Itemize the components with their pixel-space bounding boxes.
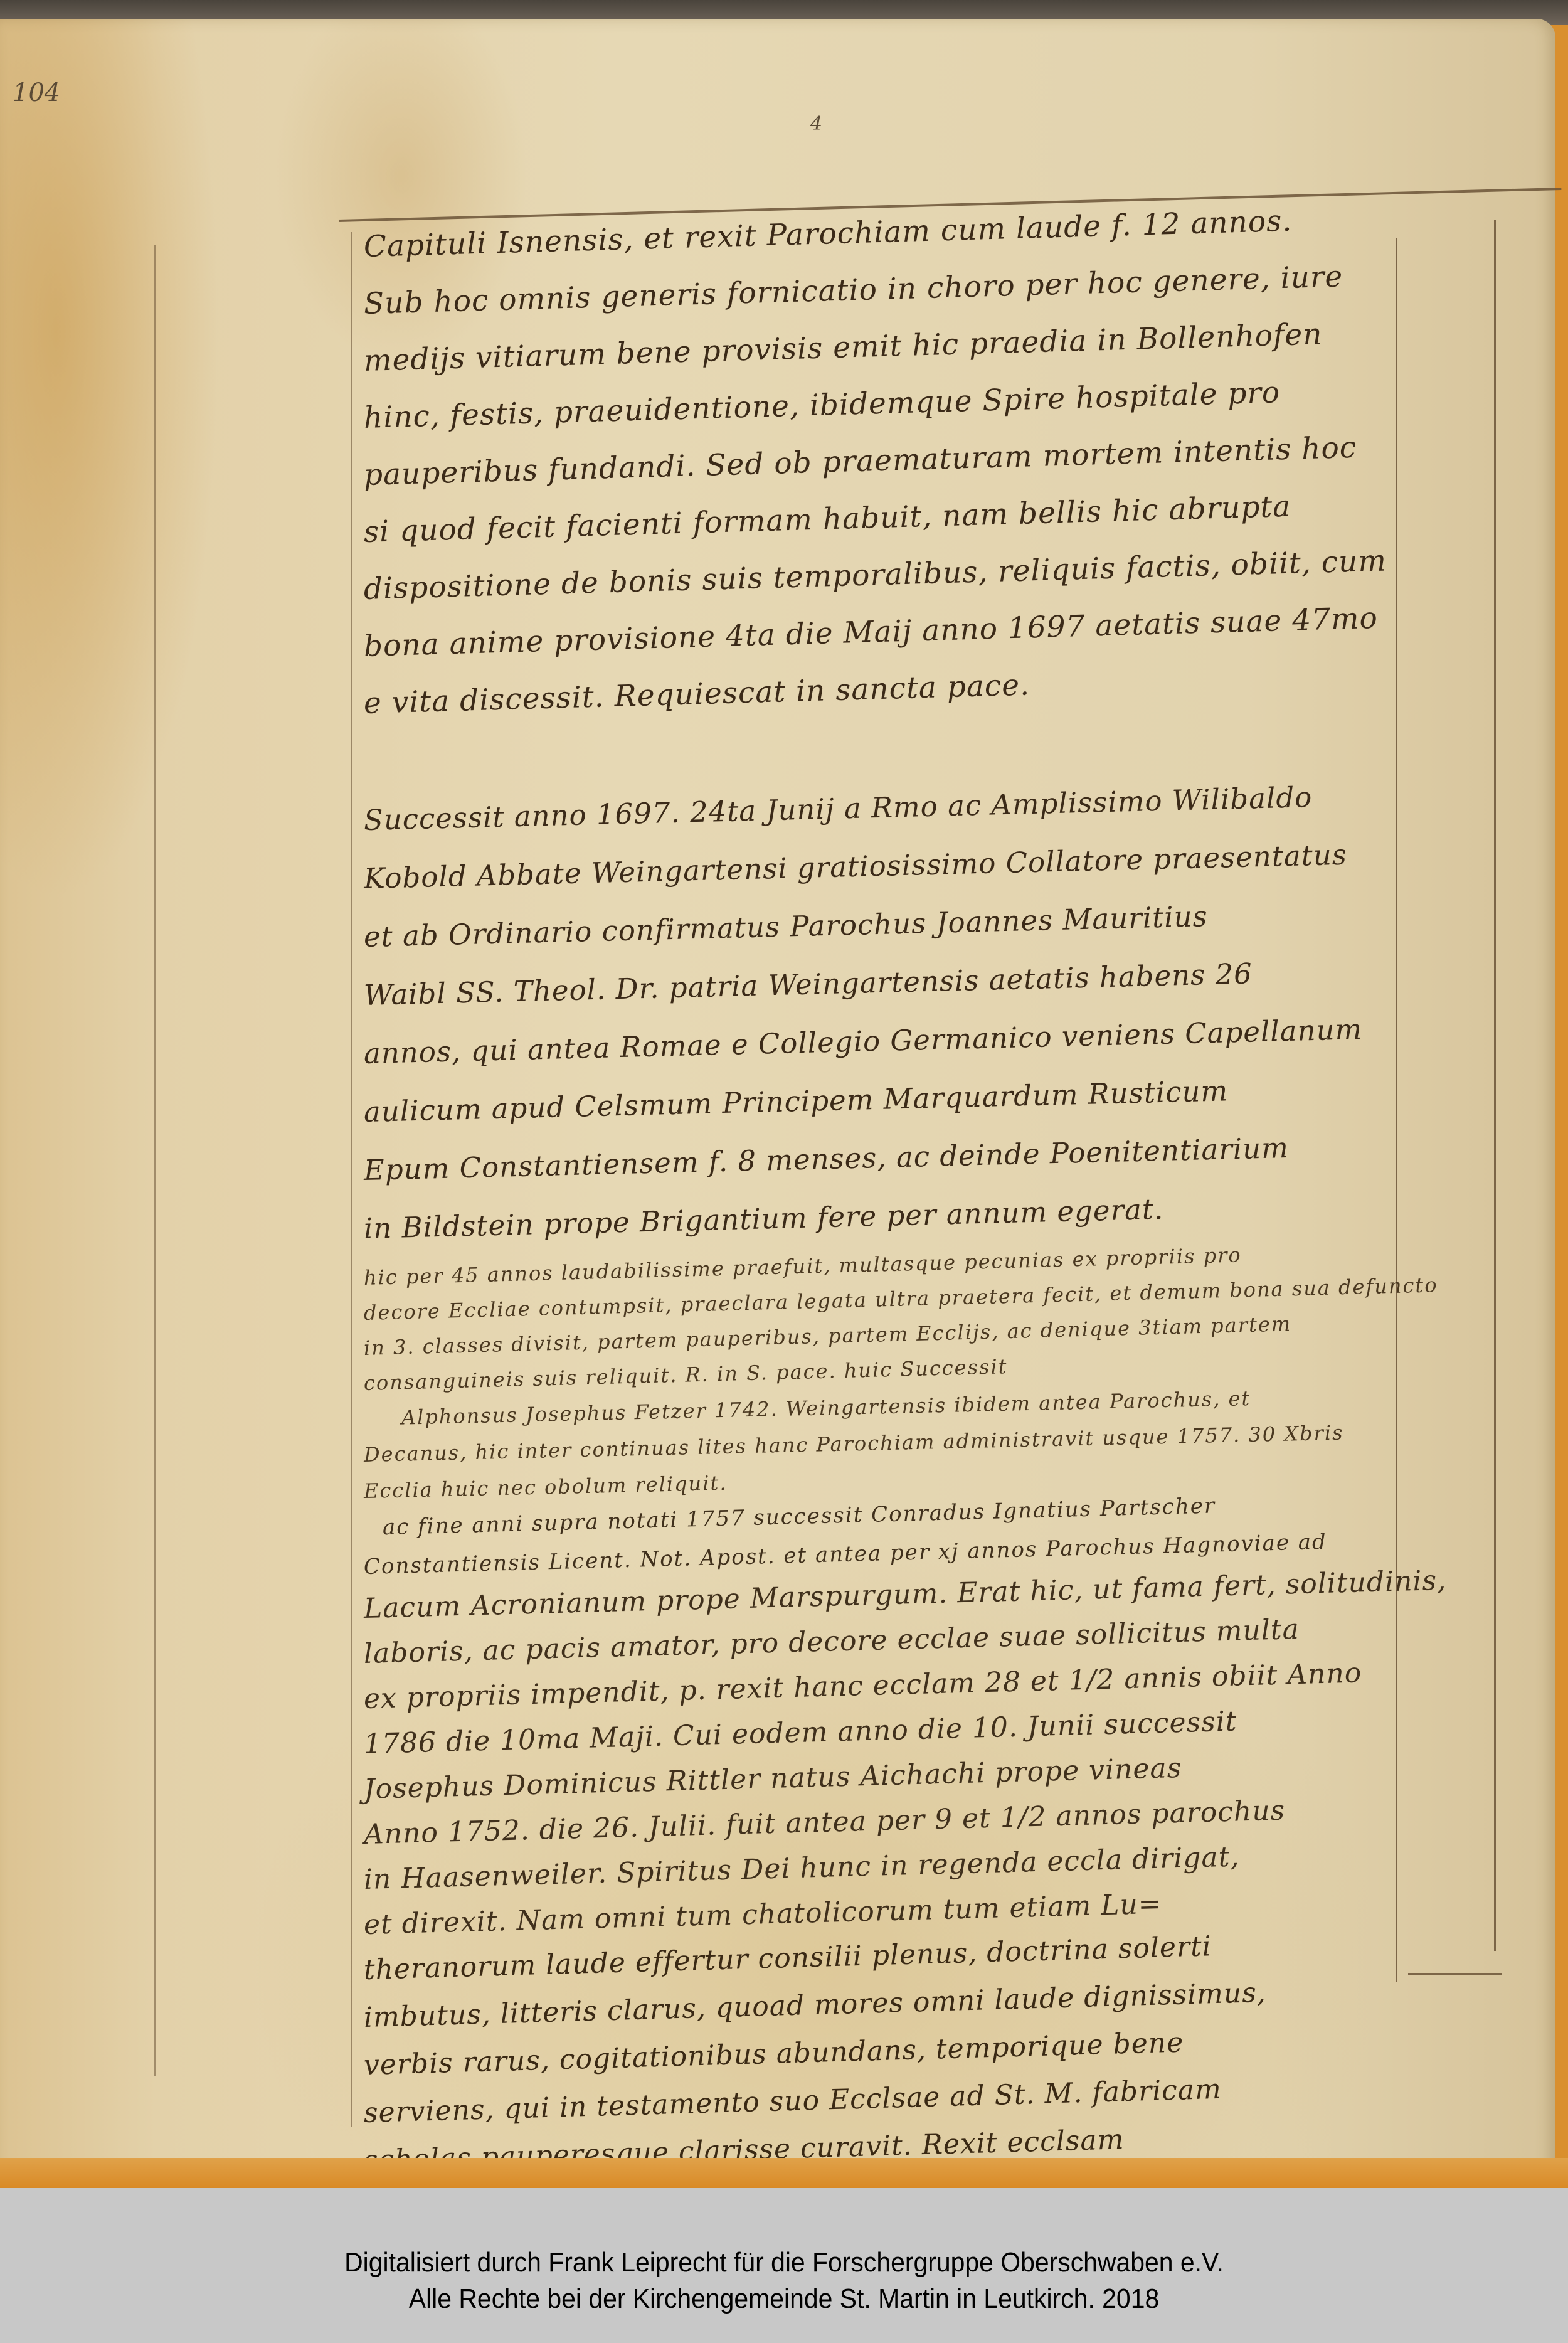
text-line: Capituli Isnensis, et rexit Parochiam cu… [363,203,1405,262]
text-line: serviens, qui in testamento suo Ecclsae … [363,2071,1405,2127]
entry-waibl-tenure: hic per 45 annos laudabilissime praefuit… [364,1268,1405,1393]
text-line: et direxit. Nam omni tum chatolicorum tu… [363,1884,1405,1939]
manuscript-scan: 104 4 Capituli Isnensis, et rexit Paroch… [0,0,1568,2188]
digitization-credit: Digitalisiert durch Frank Leiprecht für … [0,2188,1568,2343]
text-line: si quod fecit facienti formam habuit, na… [363,489,1405,547]
scan-background-bottom [0,2158,1568,2188]
text-line: 1786 die 10ma Maji. Cui eodem anno die 1… [363,1704,1405,1758]
page-marker: 4 [810,113,822,135]
text-line: in Haasenweiler. Spiritus Dei hunc in re… [363,1839,1405,1894]
entry-fetzer: Alphonsus Josephus Fetzer 1742. Weingart… [364,1408,1405,1501]
entry-previous-parson-death: Capituli Isnensis, et rexit Parochiam cu… [364,232,1405,718]
text-line: Kobold Abbate Weingartensi gratiosissimo… [363,839,1405,893]
credit-line-rights: Alle Rechte bei der Kirchengemeinde St. … [55,2281,1513,2317]
text-line: bona anime provisione 4ta die Maij anno … [363,603,1405,661]
credit-line-digitized-by: Digitalisiert durch Frank Leiprecht für … [55,2245,1513,2281]
text-line: e vita discessit. Requiescat in sancta p… [363,660,1405,718]
text-line: pauperibus fundandi. Sed ob praematuram … [363,432,1405,490]
text-line: Anno 1752. die 26. Julii. fuit antea per… [363,1794,1405,1849]
entry-rittler-praise: theranorum laude effertur consilii plenu… [364,1957,1405,2188]
text-line: medijs vitiarum bene provisis emit hic p… [363,317,1405,376]
text-line: Decanus, hic inter continuas lites hanc … [364,1421,1405,1465]
entry-waibl-succession: Successit anno 1697. 24ta Junij a Rmo ac… [364,806,1405,1243]
text-line: verbis rarus, cogitationibus abundans, t… [363,2023,1405,2080]
text-line: aulicum apud Celsmum Principem Marquardu… [363,1072,1405,1126]
text-line: ex propriis impendit, p. rexit hanc eccl… [363,1659,1405,1713]
text-line: Epum Constantiensem f. 8 menses, ac dein… [363,1130,1405,1184]
text-line: Waibl SS. Theol. Dr. patria Weingartensi… [363,955,1405,1009]
text-line: Sub hoc omnis generis fornicatio in chor… [363,260,1405,319]
text-line: Successit anno 1697. 24ta Junij a Rmo ac… [363,780,1405,834]
text-line: annos, qui antea Romae e Collegio German… [363,1014,1405,1068]
text-line: imbutus, litteris clarus, quoad mores om… [363,1975,1405,2032]
ruled-line-left-outer [154,245,156,2076]
ruled-line-margin-bottom [1408,1973,1502,1975]
text-line: et ab Ordinario confirmatus Parochus Joa… [363,897,1405,951]
entry-partscher-rittler: ac fine anni supra notati 1757 successit… [364,1517,1405,1939]
handwritten-text: Capituli Isnensis, et rexit Parochiam cu… [364,232,1405,2188]
ruled-line-left [351,232,352,2127]
manuscript-page: 104 4 Capituli Isnensis, et rexit Paroch… [0,19,1555,2177]
text-line: in Bildstein prope Brigantium fere per a… [363,1189,1405,1243]
ruled-line-right-outer [1494,220,1496,1951]
text-line: dispositione de bonis suis temporalibus,… [363,546,1405,604]
folio-number: 104 [13,78,60,107]
text-line: hinc, festis, praeuidentione, ibidemque … [363,375,1405,433]
